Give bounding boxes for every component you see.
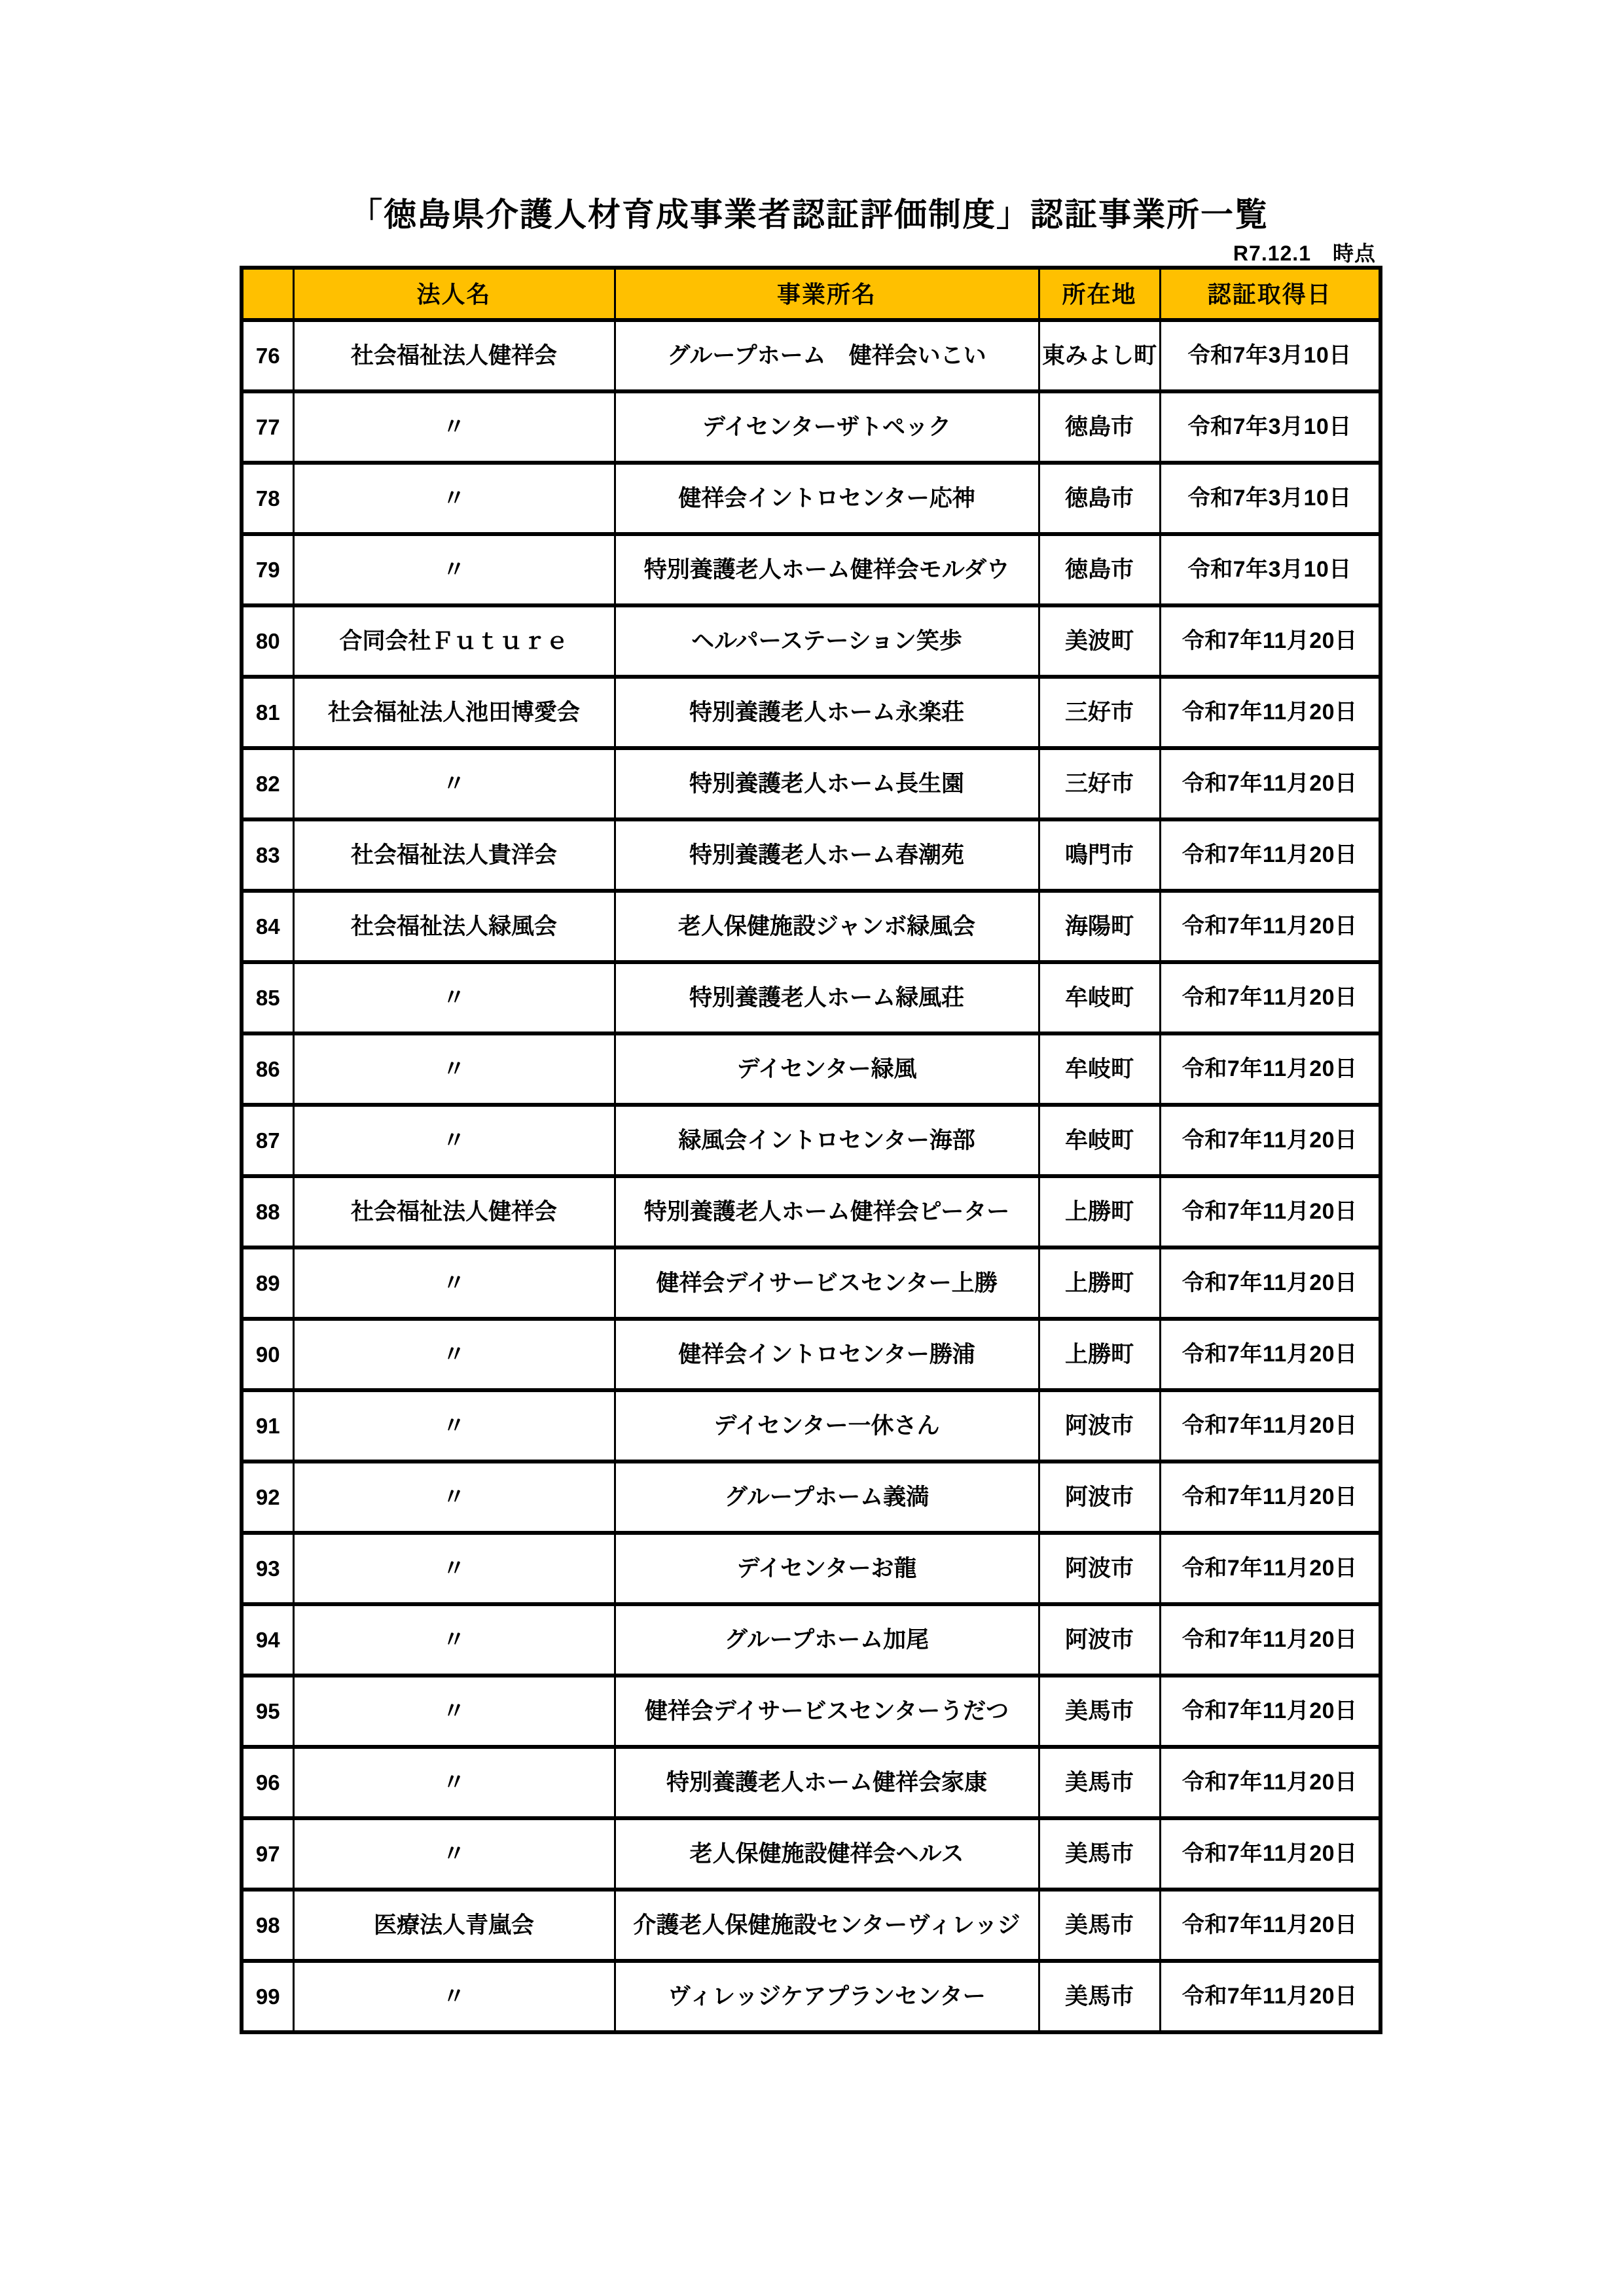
date-cell: 令和7年11月20日 [1160,1176,1380,1247]
table-row: 88 社会福祉法人健祥会 特別養護老人ホーム健祥会ピーター 上勝町 令和7年11… [242,1176,1380,1247]
office-cell: 健祥会イントロセンター勝浦 [615,1319,1039,1390]
date-cell: 令和7年11月20日 [1160,1676,1380,1747]
table-row: 81 社会福祉法人池田博愛会 特別養護老人ホーム永楽荘 三好市 令和7年11月2… [242,677,1380,748]
date-cell: 令和7年11月20日 [1160,1247,1380,1319]
row-number-cell: 78 [242,463,293,534]
date-cell: 令和7年3月10日 [1160,391,1380,463]
header-corporation: 法人名 [293,268,615,320]
corporation-cell: 社会福祉法人池田博愛会 [293,677,615,748]
row-number-cell: 87 [242,1105,293,1176]
location-cell: 阿波市 [1039,1604,1160,1676]
table-row: 80 合同会社Ｆｕｔｕｒｅ ヘルパーステーション笑歩 美波町 令和7年11月20… [242,605,1380,677]
date-cell: 令和7年11月20日 [1160,1533,1380,1604]
corporation-cell: 合同会社Ｆｕｔｕｒｅ [293,605,615,677]
office-cell: 特別養護老人ホーム永楽荘 [615,677,1039,748]
location-cell: 東みよし町 [1039,320,1160,391]
corporation-cell: 〃 [293,962,615,1033]
office-cell: 緑風会イントロセンター海部 [615,1105,1039,1176]
corporation-cell: 〃 [293,1105,615,1176]
row-number-cell: 89 [242,1247,293,1319]
row-number-cell: 90 [242,1319,293,1390]
row-number-cell: 83 [242,819,293,891]
date-cell: 令和7年11月20日 [1160,1390,1380,1462]
location-cell: 鳴門市 [1039,819,1160,891]
row-number-cell: 98 [242,1890,293,1961]
row-number-cell: 82 [242,748,293,819]
office-cell: 健祥会デイサービスセンター上勝 [615,1247,1039,1319]
table-row: 89 〃 健祥会デイサービスセンター上勝 上勝町 令和7年11月20日 [242,1247,1380,1319]
table-row: 78 〃 健祥会イントロセンター応神 徳島市 令和7年3月10日 [242,463,1380,534]
location-cell: 上勝町 [1039,1319,1160,1390]
location-cell: 海陽町 [1039,891,1160,962]
location-cell: 美波町 [1039,605,1160,677]
location-cell: 阿波市 [1039,1533,1160,1604]
date-cell: 令和7年11月20日 [1160,605,1380,677]
table-row: 99 〃 ヴィレッジケアプランセンター 美馬市 令和7年11月20日 [242,1961,1380,2032]
corporation-cell: 〃 [293,748,615,819]
row-number-cell: 79 [242,534,293,605]
table-row: 85 〃 特別養護老人ホーム緑風荘 牟岐町 令和7年11月20日 [242,962,1380,1033]
location-cell: 上勝町 [1039,1176,1160,1247]
date-cell: 令和7年11月20日 [1160,748,1380,819]
header-location: 所在地 [1039,268,1160,320]
table-row: 93 〃 デイセンターお龍 阿波市 令和7年11月20日 [242,1533,1380,1604]
office-cell: 特別養護老人ホーム緑風荘 [615,962,1039,1033]
table-row: 87 〃 緑風会イントロセンター海部 牟岐町 令和7年11月20日 [242,1105,1380,1176]
table-row: 97 〃 老人保健施設健祥会ヘルス 美馬市 令和7年11月20日 [242,1818,1380,1890]
table-row: 82 〃 特別養護老人ホーム長生園 三好市 令和7年11月20日 [242,748,1380,819]
date-cell: 令和7年11月20日 [1160,1961,1380,2032]
date-cell: 令和7年11月20日 [1160,819,1380,891]
date-cell: 令和7年11月20日 [1160,1604,1380,1676]
corporation-cell: 〃 [293,1033,615,1105]
office-cell: 老人保健施設健祥会ヘルス [615,1818,1039,1890]
row-number-cell: 86 [242,1033,293,1105]
row-number-cell: 97 [242,1818,293,1890]
location-cell: 美馬市 [1039,1961,1160,2032]
table-row: 91 〃 デイセンター一休さん 阿波市 令和7年11月20日 [242,1390,1380,1462]
row-number-cell: 96 [242,1747,293,1818]
location-cell: 徳島市 [1039,534,1160,605]
table-row: 77 〃 デイセンターザトペック 徳島市 令和7年3月10日 [242,391,1380,463]
corporation-cell: 〃 [293,1676,615,1747]
office-cell: 介護老人保健施設センターヴィレッジ [615,1890,1039,1961]
office-cell: ヘルパーステーション笑歩 [615,605,1039,677]
office-cell: ヴィレッジケアプランセンター [615,1961,1039,2032]
corporation-cell: 〃 [293,391,615,463]
corporation-cell: 〃 [293,1390,615,1462]
office-cell: デイセンターお龍 [615,1533,1039,1604]
office-cell: 特別養護老人ホーム健祥会モルダウ [615,534,1039,605]
table-row: 95 〃 健祥会デイサービスセンターうだつ 美馬市 令和7年11月20日 [242,1676,1380,1747]
location-cell: 上勝町 [1039,1247,1160,1319]
row-number-cell: 92 [242,1462,293,1533]
table-row: 98 医療法人青嵐会 介護老人保健施設センターヴィレッジ 美馬市 令和7年11月… [242,1890,1380,1961]
location-cell: 徳島市 [1039,463,1160,534]
date-cell: 令和7年11月20日 [1160,1818,1380,1890]
location-cell: 美馬市 [1039,1818,1160,1890]
office-cell: 特別養護老人ホーム健祥会家康 [615,1747,1039,1818]
office-cell: 特別養護老人ホーム長生園 [615,748,1039,819]
table-row: 86 〃 デイセンター緑風 牟岐町 令和7年11月20日 [242,1033,1380,1105]
date-cell: 令和7年11月20日 [1160,962,1380,1033]
table-row: 79 〃 特別養護老人ホーム健祥会モルダウ 徳島市 令和7年3月10日 [242,534,1380,605]
location-cell: 阿波市 [1039,1462,1160,1533]
location-cell: 牟岐町 [1039,1105,1160,1176]
page-title: 「徳島県介護人材育成事業者認証評価制度」認証事業所一覧 [240,188,1379,236]
office-cell: デイセンター一休さん [615,1390,1039,1462]
office-cell: グループホーム義満 [615,1462,1039,1533]
header-date: 認証取得日 [1160,268,1380,320]
row-number-cell: 84 [242,891,293,962]
as-of-date-note: R7.12.1 時点 [240,237,1376,267]
location-cell: 美馬市 [1039,1676,1160,1747]
certified-offices-table: 法人名 事業所名 所在地 認証取得日 76 社会福祉法人健祥会 グループホーム … [240,266,1382,2034]
row-number-cell: 81 [242,677,293,748]
corporation-cell: 〃 [293,463,615,534]
office-cell: デイセンター緑風 [615,1033,1039,1105]
table-row: 90 〃 健祥会イントロセンター勝浦 上勝町 令和7年11月20日 [242,1319,1380,1390]
office-cell: グループホーム加尾 [615,1604,1039,1676]
corporation-cell: 〃 [293,1533,615,1604]
corporation-cell: 〃 [293,1319,615,1390]
row-number-cell: 88 [242,1176,293,1247]
office-cell: グループホーム 健祥会いこい [615,320,1039,391]
row-number-cell: 95 [242,1676,293,1747]
location-cell: 三好市 [1039,748,1160,819]
office-cell: 老人保健施設ジャンボ緑風会 [615,891,1039,962]
row-number-cell: 76 [242,320,293,391]
location-cell: 美馬市 [1039,1890,1160,1961]
row-number-cell: 80 [242,605,293,677]
date-cell: 令和7年3月10日 [1160,320,1380,391]
header-office: 事業所名 [615,268,1039,320]
table-header-row: 法人名 事業所名 所在地 認証取得日 [242,268,1380,320]
table-row: 92 〃 グループホーム義満 阿波市 令和7年11月20日 [242,1462,1380,1533]
date-cell: 令和7年11月20日 [1160,1319,1380,1390]
location-cell: 三好市 [1039,677,1160,748]
location-cell: 牟岐町 [1039,1033,1160,1105]
document-page: 「徳島県介護人材育成事業者認証評価制度」認証事業所一覧 R7.12.1 時点 法… [0,0,1624,2296]
office-cell: 特別養護老人ホーム健祥会ピーター [615,1176,1039,1247]
row-number-cell: 91 [242,1390,293,1462]
table-row: 96 〃 特別養護老人ホーム健祥会家康 美馬市 令和7年11月20日 [242,1747,1380,1818]
table-row: 84 社会福祉法人緑風会 老人保健施設ジャンボ緑風会 海陽町 令和7年11月20… [242,891,1380,962]
location-cell: 阿波市 [1039,1390,1160,1462]
location-cell: 牟岐町 [1039,962,1160,1033]
location-cell: 美馬市 [1039,1747,1160,1818]
date-cell: 令和7年11月20日 [1160,1462,1380,1533]
corporation-cell: 社会福祉法人健祥会 [293,1176,615,1247]
office-cell: 健祥会イントロセンター応神 [615,463,1039,534]
date-cell: 令和7年11月20日 [1160,1033,1380,1105]
corporation-cell: 社会福祉法人貴洋会 [293,819,615,891]
date-cell: 令和7年11月20日 [1160,1890,1380,1961]
date-cell: 令和7年3月10日 [1160,534,1380,605]
row-number-cell: 93 [242,1533,293,1604]
corporation-cell: 〃 [293,1961,615,2032]
office-cell: デイセンターザトペック [615,391,1039,463]
row-number-cell: 99 [242,1961,293,2032]
header-number [242,268,293,320]
row-number-cell: 85 [242,962,293,1033]
table-row: 76 社会福祉法人健祥会 グループホーム 健祥会いこい 東みよし町 令和7年3月… [242,320,1380,391]
table-row: 94 〃 グループホーム加尾 阿波市 令和7年11月20日 [242,1604,1380,1676]
corporation-cell: 〃 [293,1818,615,1890]
date-cell: 令和7年11月20日 [1160,677,1380,748]
corporation-cell: 社会福祉法人緑風会 [293,891,615,962]
office-cell: 健祥会デイサービスセンターうだつ [615,1676,1039,1747]
corporation-cell: 〃 [293,1247,615,1319]
corporation-cell: 〃 [293,534,615,605]
table-row: 83 社会福祉法人貴洋会 特別養護老人ホーム春潮苑 鳴門市 令和7年11月20日 [242,819,1380,891]
location-cell: 徳島市 [1039,391,1160,463]
date-cell: 令和7年11月20日 [1160,1747,1380,1818]
corporation-cell: 医療法人青嵐会 [293,1890,615,1961]
corporation-cell: 〃 [293,1462,615,1533]
date-cell: 令和7年11月20日 [1160,1105,1380,1176]
corporation-cell: 〃 [293,1604,615,1676]
corporation-cell: 〃 [293,1747,615,1818]
office-cell: 特別養護老人ホーム春潮苑 [615,819,1039,891]
row-number-cell: 94 [242,1604,293,1676]
date-cell: 令和7年3月10日 [1160,463,1380,534]
date-cell: 令和7年11月20日 [1160,891,1380,962]
row-number-cell: 77 [242,391,293,463]
corporation-cell: 社会福祉法人健祥会 [293,320,615,391]
